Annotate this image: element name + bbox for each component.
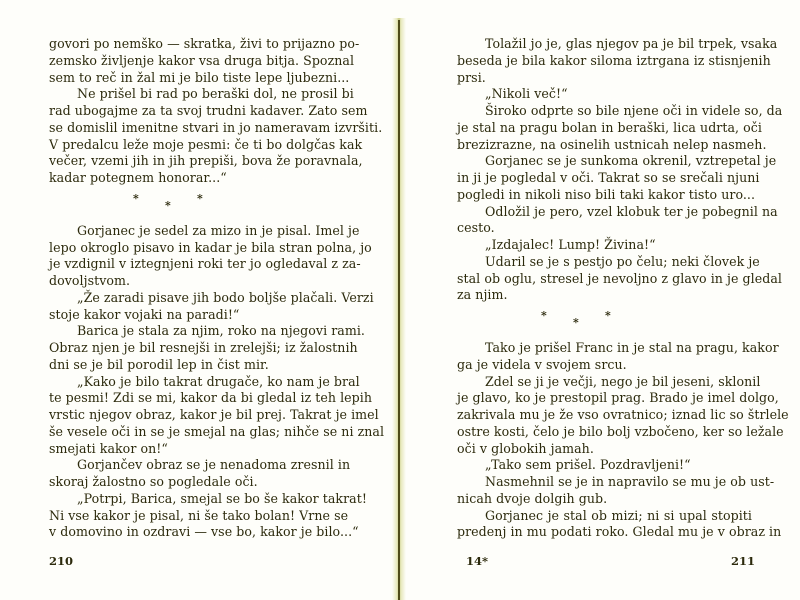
- text-line: lepo okroglo pisavo in kadar je bila str…: [49, 240, 345, 257]
- text-line: V predalcu leže moje pesmi: če ti bo dol…: [49, 137, 345, 154]
- paragraph: Tako je prišel Franc in je stal na pragu…: [457, 340, 752, 374]
- paragraph: Gorjančev obraz se je nenadoma zresnil i…: [49, 457, 345, 491]
- text-line: rad ubogajme za ta svoj trudni kadaver. …: [49, 103, 345, 120]
- left-page: govori po nemško — skratka, živi to prij…: [49, 36, 345, 541]
- text-line: skoraj žalostno so pogledale oči.: [49, 474, 345, 491]
- paragraph: „Že zaradi pisave jih bodo boljše plačal…: [49, 290, 345, 324]
- text-line: zakrivala mu je že vso ovratnico; iznad …: [457, 407, 752, 424]
- right-page: Tolažil jo je, glas njegov pa je bil trp…: [457, 36, 752, 541]
- text-line: Udaril se je s pestjo po čelu; neki člov…: [457, 254, 752, 271]
- signature-mark: 14*: [466, 554, 488, 568]
- paragraph: Ne prišel bi rad po beraški dol, ne pros…: [49, 86, 345, 187]
- text-line: Obraz njen je bil resnejši in zrelejši; …: [49, 340, 345, 357]
- text-line: Široko odprte so bile njene oči in videl…: [457, 103, 752, 120]
- text-line: „Že zaradi pisave jih bodo boljše plačal…: [49, 290, 345, 307]
- text-line: Tako je prišel Franc in je stal na pragu…: [457, 340, 752, 357]
- paragraph: Široko odprte so bile njene oči in videl…: [457, 103, 752, 153]
- paragraph: Zdel se ji je večji, nego je bil jeseni,…: [457, 374, 752, 458]
- text-line: je stal na pragu bolan in beraški, lica …: [457, 120, 752, 137]
- paragraph: Tolažil jo je, glas njegov pa je bil trp…: [457, 36, 752, 86]
- paragraph: Nasmehnil se je in napravilo se mu je ob…: [457, 474, 752, 508]
- asterisk-ornament: *: [133, 192, 139, 205]
- text-line: oči v globokih jamah.: [457, 441, 752, 458]
- text-line: dni se je bil porodil lep in čist mir.: [49, 357, 345, 374]
- text-line: dovoljstvom.: [49, 273, 345, 290]
- text-line: Tolažil jo je, glas njegov pa je bil trp…: [457, 36, 752, 53]
- text-line: govori po nemško — skratka, živi to prij…: [49, 36, 345, 53]
- text-line: je vzdignil v iztegnjeni roki ter jo ogl…: [49, 256, 345, 273]
- section-break: ***: [457, 304, 752, 340]
- paragraph: govori po nemško — skratka, živi to prij…: [49, 36, 345, 86]
- text-line: ostre kosti, čelo je bilo bolj vzbočeno,…: [457, 424, 752, 441]
- text-line: „Tako sem prišel. Pozdravljeni!“: [457, 457, 752, 474]
- text-line: beseda je bila kakor siloma iztrgana iz …: [457, 53, 752, 70]
- text-line: „Kako je bilo takrat drugače, ko nam je …: [49, 374, 345, 391]
- text-line: stal ob oglu, stresel je nevoljno z glav…: [457, 271, 752, 288]
- text-line: se domislil imenitne stvari in jo namera…: [49, 120, 345, 137]
- paragraph: Odložil je pero, vzel klobuk ter je pobe…: [457, 204, 752, 238]
- text-line: „Izdajalec! Lump! Živina!“: [457, 237, 752, 254]
- text-line: „Nikoli več!“: [457, 86, 752, 103]
- text-line: Ne prišel bi rad po beraški dol, ne pros…: [49, 86, 345, 103]
- page-number-left: 210: [49, 554, 73, 568]
- paragraph: Barica je stala za njim, roko na njegovi…: [49, 323, 345, 373]
- text-line: večer, vzemi jih in jih prepiši, bova že…: [49, 153, 345, 170]
- text-line: Ni vse kakor je pisal, ni še tako bolan!…: [49, 508, 345, 525]
- text-line: še vesele oči in se je smejal na glas; n…: [49, 424, 345, 441]
- text-line: je glavo, ko je prestopil prag. Brado je…: [457, 390, 752, 407]
- text-line: Gorjančev obraz se je nenadoma zresnil i…: [49, 457, 345, 474]
- paragraph: „Izdajalec! Lump! Živina!“: [457, 237, 752, 254]
- text-line: brezizrazne, na osinelih ustnicah nelep …: [457, 137, 752, 154]
- text-line: zemsko življenje kakor vsa druga bitja. …: [49, 53, 345, 70]
- text-line: „Potrpi, Barica, smejal se bo še kakor t…: [49, 491, 345, 508]
- paragraph: Gorjanec je sedel za mizo in je pisal. I…: [49, 223, 345, 290]
- asterisk-ornament: *: [197, 192, 203, 205]
- text-line: kadar potegnem honorar...“: [49, 170, 345, 187]
- text-line: Zdel se ji je večji, nego je bil jeseni,…: [457, 374, 752, 391]
- book-spine: [398, 20, 400, 600]
- text-line: Nasmehnil se je in napravilo se mu je ob…: [457, 474, 752, 491]
- text-line: za njim.: [457, 287, 752, 304]
- page-number-right: 211: [731, 554, 755, 568]
- paragraph: „Tako sem prišel. Pozdravljeni!“: [457, 457, 752, 474]
- paragraph: „Nikoli več!“: [457, 86, 752, 103]
- text-line: nicah dvoje dolgih gub.: [457, 491, 752, 508]
- text-line: te pesmi! Zdi se mi, kakor da bi gledal …: [49, 390, 345, 407]
- paragraph: „Potrpi, Barica, smejal se bo še kakor t…: [49, 491, 345, 541]
- asterisk-ornament: *: [165, 199, 171, 212]
- text-line: prsi.: [457, 70, 752, 87]
- text-line: ga je videla v svojem srcu.: [457, 357, 752, 374]
- text-line: cesto.: [457, 220, 752, 237]
- text-line: Gorjanec je stal ob mizi; ni si upal sto…: [457, 508, 752, 525]
- paragraph: Gorjanec je stal ob mizi; ni si upal sto…: [457, 508, 752, 542]
- text-line: sem to reč in žal mi je bilo tiste lepe …: [49, 70, 345, 87]
- asterisk-ornament: *: [541, 309, 547, 322]
- paragraph: Gorjanec se je sunkoma okrenil, vztrepet…: [457, 153, 752, 203]
- text-line: stoje kakor vojaki na paradi!“: [49, 307, 345, 324]
- text-line: Gorjanec se je sunkoma okrenil, vztrepet…: [457, 153, 752, 170]
- book-spread: govori po nemško — skratka, živi to prij…: [0, 0, 800, 600]
- paragraph: Udaril se je s pestjo po čelu; neki člov…: [457, 254, 752, 304]
- text-line: Odložil je pero, vzel klobuk ter je pobe…: [457, 204, 752, 221]
- text-line: vrstic njegov obraz, kakor je bil prej. …: [49, 407, 345, 424]
- paragraph: „Kako je bilo takrat drugače, ko nam je …: [49, 374, 345, 458]
- text-line: pogledi in nikoli niso bili taki kakor t…: [457, 187, 752, 204]
- text-line: in ji je pogledal v oči. Takrat so se sr…: [457, 170, 752, 187]
- asterisk-ornament: *: [573, 316, 579, 329]
- asterisk-ornament: *: [605, 309, 611, 322]
- text-line: v domovino in ozdravi — vse bo, kakor je…: [49, 524, 345, 541]
- text-line: Gorjanec je sedel za mizo in je pisal. I…: [49, 223, 345, 240]
- section-break: ***: [49, 187, 345, 223]
- text-line: Barica je stala za njim, roko na njegovi…: [49, 323, 345, 340]
- text-line: predenj in mu podati roko. Gledal mu je …: [457, 524, 752, 541]
- text-line: smejati kakor on!“: [49, 441, 345, 458]
